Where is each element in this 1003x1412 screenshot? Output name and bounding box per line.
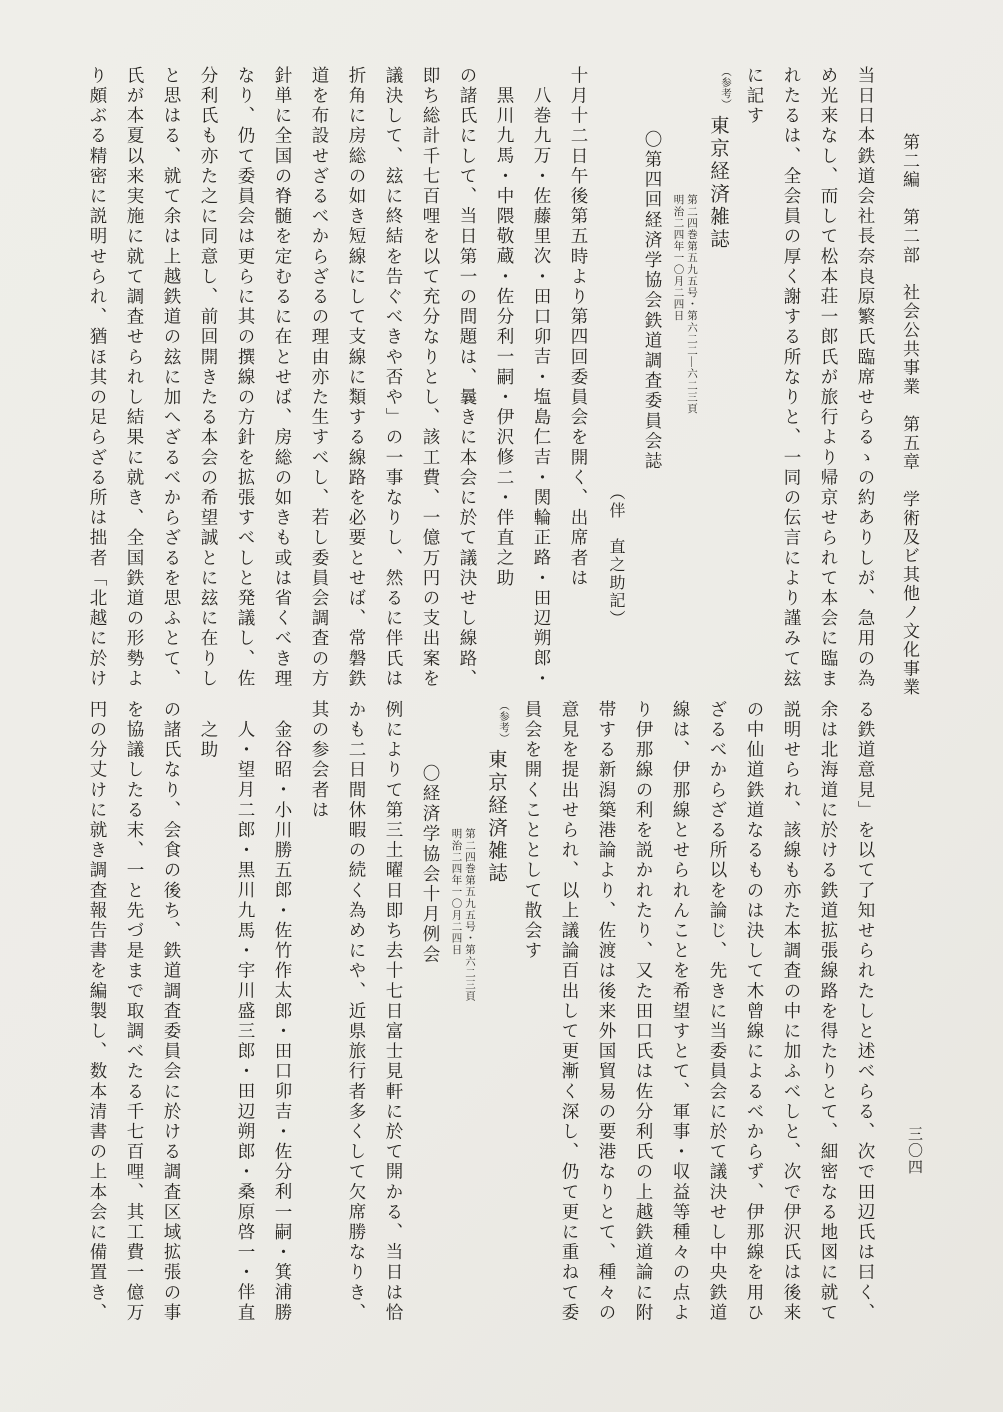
journal-title: 東京経済雑誌 — [707, 115, 728, 251]
scanned-book-page: 第二編 第二部 社会公共事業 第五章 学術及ビ其他ノ文化事業 三〇四 当日日本鉄… — [0, 0, 1003, 1412]
body-text-column: る鉄道意見」を以て了知せられたしと述べらる、次で田辺氏は曰く、 — [847, 700, 884, 1365]
body-text-column: の中仙道鉄道なるものは決して木曾線によるべからず、伊那線を用ひ — [736, 700, 773, 1365]
body-text-column: 例によりて第三土曜日即ち去十七日富士見軒に於て開かる、当日は恰 — [375, 700, 412, 1365]
body-text-column: 分利氏も亦た之に同意し、前回開きたる本会の希望誠とに玆に在りし — [190, 66, 227, 711]
page-number: 三〇四 — [904, 1126, 925, 1176]
body-text-column: 其の参会者は — [301, 700, 338, 1365]
body-text-column: に記す — [736, 66, 773, 711]
name-list-column: 之助 — [190, 700, 227, 1365]
body-text-column: ざるべからざる所以を論じ、先きに当委員会に於て議決せし中央鉄道 — [699, 700, 736, 1365]
reference-source-column: （参考）東京経済雑誌 — [698, 66, 736, 711]
body-text-column: 帯する新潟築港論より、佐渡は後来外国貿易の要港なりとて、種々の — [588, 700, 625, 1365]
body-text-column: 針単に全国の脊髄を定むるに在とせば、房総の如きも或は省くべき理 — [264, 66, 301, 711]
body-text-column: り頗ぶる精密に説明せられ、猶ほ其の足らざる所は拙者「北越に於け — [79, 66, 116, 711]
body-text-column: 道を布設せざるべからざるの理由亦た生すべし、若し委員会調査の方 — [301, 66, 338, 711]
body-text-column: と思はる、就て余は上越鉄道の玆に加へざるべからざるを思ふとて、 — [153, 66, 190, 711]
body-text-column: 余は北海道に於ける鉄道拡張線路を得たりとて、細密なる地図に就て — [810, 700, 847, 1365]
name-list-column: 八巻九万・佐藤里次・田口卯吉・塩島仁吉・関輪正路・田辺朔郎・ — [523, 66, 560, 711]
citation-line: 第二四巻第五九五号・第六二三頁 — [463, 828, 477, 1365]
citation-column: 第二四巻第五九五号・第六二三頁明治二四年一〇月二四日 — [449, 700, 476, 1365]
body-text-column: 議決して、玆に終結を告ぐべきや否や」の一事なりし、然るに伴氏は — [375, 66, 412, 711]
journal-title: 東京経済雑誌 — [485, 749, 506, 885]
running-head: 第二編 第二部 社会公共事業 第五章 学術及ビ其他ノ文化事業 — [897, 133, 922, 697]
citation-line: 明治二四年一〇月二四日 — [671, 194, 685, 711]
body-text-column: の諸氏なり、会食の後ち、鉄道調査委員会に於ける調査区域拡張の事 — [153, 700, 190, 1365]
section-heading-column: 〇第四回経済学協会鉄道調査委員会誌 — [634, 66, 671, 711]
name-list-column: 黒川九馬・中隈敬蔵・佐分利一嗣・伊沢修二・伴直之助 — [486, 66, 523, 711]
name-list-column: 人・望月二郎・黒川九馬・宇川盛三郎・田辺朔郎・桑原啓一・伴直 — [227, 700, 264, 1365]
citation-column: 第二四巻第五九五号・第六二二―六二三頁明治二四年一〇月二四日 — [671, 66, 698, 711]
body-text-column: 説明せられ、該線も亦た本調査の中に加ふべしと、次で伊沢氏は後来 — [773, 700, 810, 1365]
section-heading-column: 〇経済学協会十月例会 — [412, 700, 449, 1365]
reference-label: （参考） — [720, 66, 731, 110]
body-text-column: 氏が本夏以来実施に就て調査せられし結果に就き、全国鉄道の形勢よ — [116, 66, 153, 711]
bottom-text-block: る鉄道意見」を以て了知せられたしと述べらる、次で田辺氏は曰く、余は北海道に於ける… — [79, 700, 884, 1365]
body-text-column: 十月十二日午後第五時より第四回委員会を開く、出席者は — [560, 66, 597, 711]
name-list-column: 金谷昭・小川勝五郎・佐竹作太郎・田口卯吉・佐分利一嗣・箕浦勝 — [264, 700, 301, 1365]
citation-line: 明治二四年一〇月二四日 — [449, 828, 463, 1365]
body-text-column: 即ち総計千七百哩を以て充分なりとし、該工費、一億万円の支出案を — [412, 66, 449, 711]
body-text-column: め光来なし、而して松本荘一郎氏が旅行より帰京せられて本会に臨ま — [810, 66, 847, 711]
body-text-column: れたるは、全会員の厚く謝する所なりと、一同の伝言により謹みて玆 — [773, 66, 810, 711]
body-text-column: かも二日間休暇の続く為めにや、近県旅行者多くして欠席勝なりき、 — [338, 700, 375, 1365]
body-text-column: なり、仍て委員会は更らに其の撰線の方針を拡張すべしと発議し、佐 — [227, 66, 264, 711]
body-text-column: 円の分丈けに就き調査報告書を編製し、数本清書の上本会に備置き、 — [79, 700, 116, 1365]
body-text-column: 員会を開くこととして散会す — [514, 700, 551, 1365]
body-text-column: り伊那線の利を説かれたり、又た田口氏は佐分利氏の上越鉄道論に附 — [625, 700, 662, 1365]
reference-label: （参考） — [498, 700, 509, 744]
body-text-column: 意見を提出せられ、以上議論百出して更漸く深し、仍て更に重ねて委 — [551, 700, 588, 1365]
citation-line: 第二四巻第五九五号・第六二二―六二三頁 — [685, 194, 699, 711]
top-text-block: 当日日本鉄道会社長奈良原繁氏臨席せらるゝの約ありしが、急用の為め光来なし、而して… — [79, 66, 884, 711]
body-text-column: 線は、伊那線とせられんことを希望すとて、軍事・収益等種々の点よ — [662, 700, 699, 1365]
body-text-column: の諸氏にして、当日第一の問題は、曩きに本会に於て議決せし線路、 — [449, 66, 486, 711]
body-text-column: 当日日本鉄道会社長奈良原繁氏臨席せらるゝの約ありしが、急用の為 — [847, 66, 884, 711]
body-text-column: を協議したる末、一と先づ是まで取調べたる千七百哩、其工費一億万 — [116, 700, 153, 1365]
recorder-signature-column: （伴 直之助記） — [597, 66, 634, 711]
body-text-column: 折角に房総の如き短線にして支線に類する線路を必要とせば、常磐鉄 — [338, 66, 375, 711]
reference-source-column: （参考）東京経済雑誌 — [476, 700, 514, 1365]
